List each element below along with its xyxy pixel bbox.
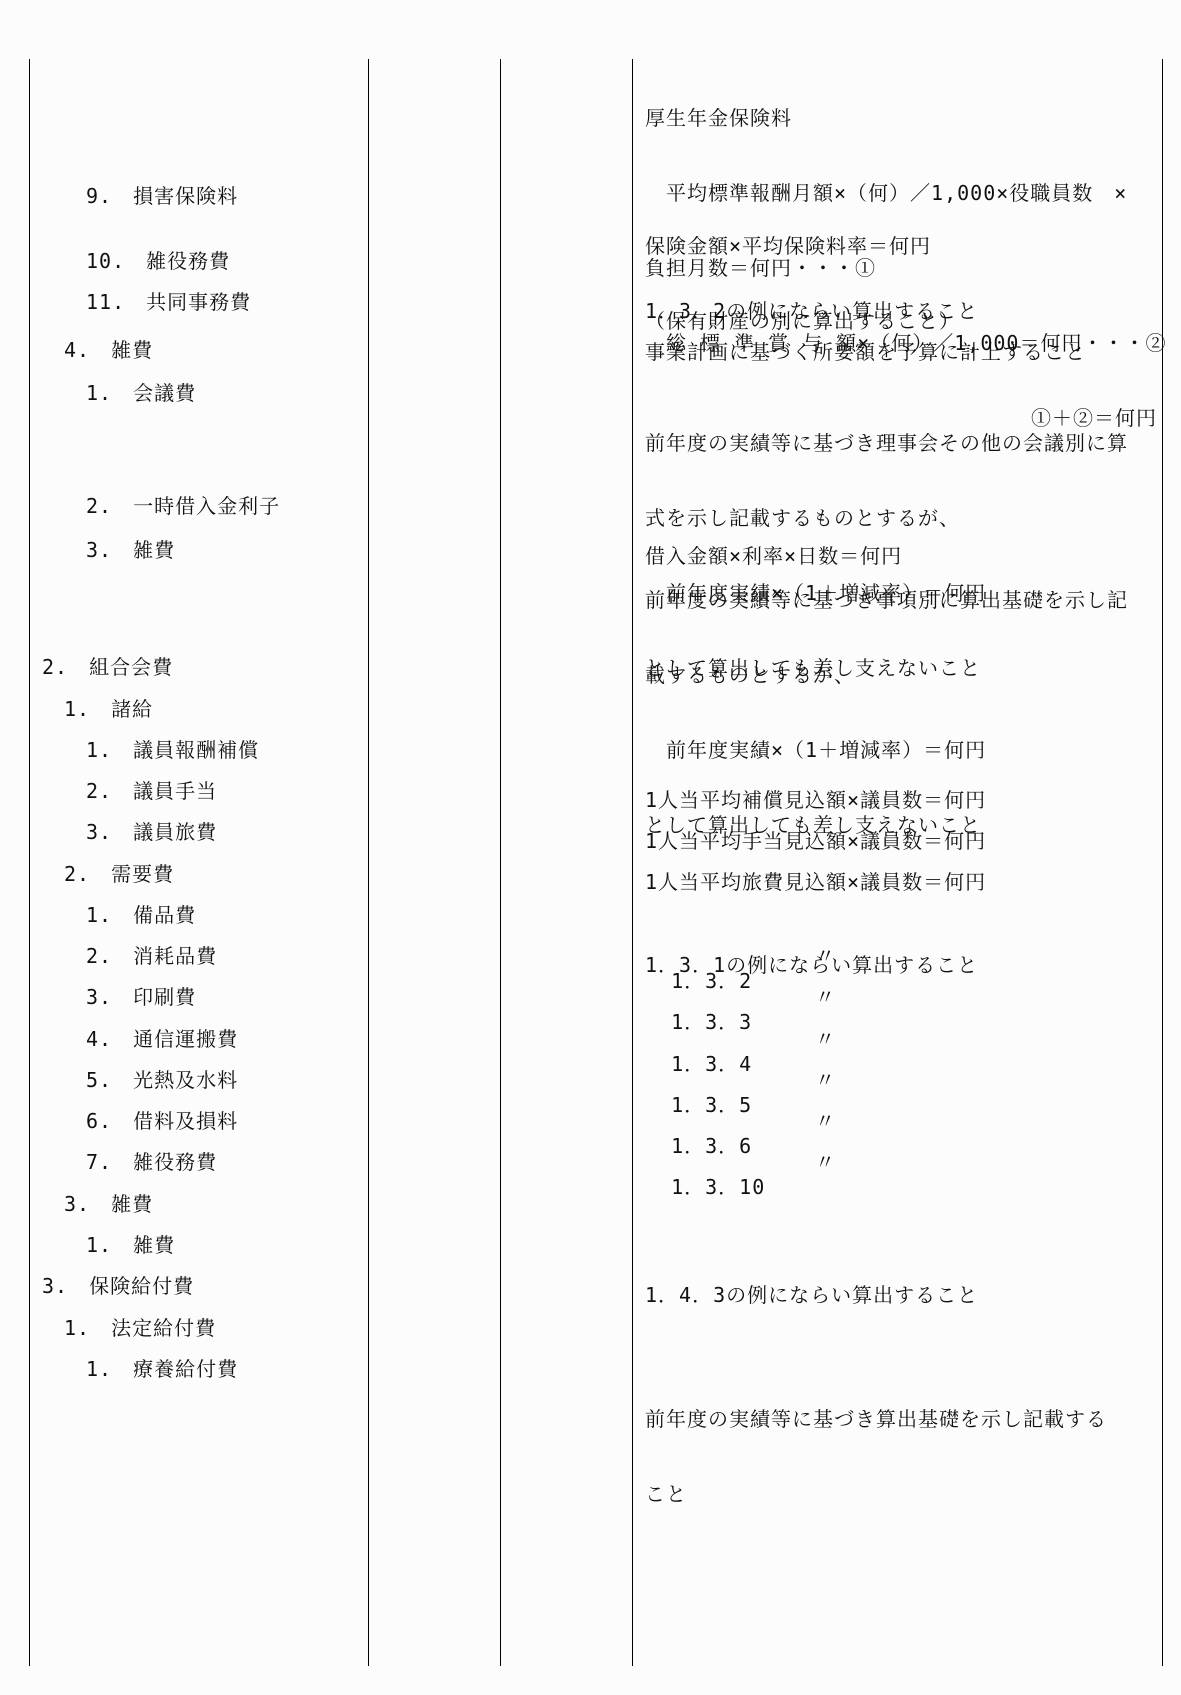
- ditto-mark: 〃: [815, 944, 836, 969]
- desc-line: 1人当平均旅費見込額×議員数＝何円: [645, 870, 1157, 895]
- ditto-mark: 〃: [815, 1068, 836, 1093]
- item-label: 7. 雑役務費: [86, 1150, 217, 1175]
- section-label: 3. 雑費: [64, 1192, 153, 1217]
- ditto-mark: 〃: [815, 1109, 836, 1134]
- desc-line: 前年度の実績等に基づき算出基礎を示し記載する: [645, 1407, 1157, 1432]
- row-description: 1．4．3の例にならい算出すること: [645, 1233, 1157, 1333]
- reference-number: 1．3．10: [671, 1175, 765, 1199]
- ditto-mark: 〃: [815, 985, 836, 1010]
- reference-row: 1．3．10 〃: [645, 1150, 765, 1225]
- item-label: 5. 光熱及水料: [86, 1068, 238, 1093]
- item-label: 11. 共同事務費: [86, 290, 251, 315]
- desc-line: 事業計画に基づく所要額を予算に計上すること: [645, 340, 1157, 365]
- item-label: 10. 雑役務費: [86, 249, 230, 274]
- item-label: 3. 雑費: [86, 538, 175, 563]
- desc-line: 前年度の実績等に基づき理事会その他の会議別に算: [645, 431, 1157, 456]
- item-label: 4. 通信運搬費: [86, 1027, 238, 1052]
- desc-line: こと: [645, 1482, 1157, 1507]
- item-label: 1. 備品費: [86, 903, 196, 928]
- item-label: 2. 一時借入金利子: [86, 494, 280, 519]
- column-divider-2: [500, 59, 501, 1666]
- section-label: 1. 法定給付費: [64, 1316, 216, 1341]
- table-border-right: [1162, 59, 1163, 1666]
- row-description: 事業計画に基づく所要額を予算に計上すること: [645, 290, 1157, 390]
- ditto-mark: 〃: [815, 1150, 836, 1175]
- desc-line: 1．4．3の例にならい算出すること: [645, 1283, 1157, 1308]
- desc-line: 厚生年金保険料: [645, 106, 1157, 131]
- item-label: 1. 療養給付費: [86, 1357, 238, 1382]
- table-border-left: [29, 59, 30, 1666]
- column-divider-3: [632, 59, 633, 1666]
- item-label: 6. 借料及損料: [86, 1109, 238, 1134]
- item-label: 2. 消耗品費: [86, 944, 217, 969]
- column-divider-1: [368, 59, 369, 1666]
- category-label: 3. 保険給付費: [42, 1274, 194, 1299]
- section-label: 1. 諸給: [64, 697, 153, 722]
- row-description: 前年度の実績等に基づき算出基礎を示し記載する こと: [645, 1357, 1157, 1532]
- category-label: 2. 組合会費: [42, 655, 173, 680]
- desc-line: 前年度の実績等に基づき事項別に算出基礎を示し記: [645, 588, 1157, 613]
- item-label: 2. 議員手当: [86, 779, 217, 804]
- ditto-mark: 〃: [815, 1027, 836, 1052]
- item-label: 3. 議員旅費: [86, 820, 217, 845]
- section-label: 2. 需要費: [64, 862, 174, 887]
- item-label: 9. 損害保険料: [86, 184, 238, 209]
- item-label: 1. 会議費: [86, 381, 196, 406]
- item-label: 3. 印刷費: [86, 985, 196, 1010]
- item-label: 1. 雑費: [86, 1233, 175, 1258]
- item-label: 1. 議員報酬補償: [86, 738, 259, 763]
- desc-line: 載するものとするが、: [645, 663, 1157, 688]
- section-label: 4. 雑費: [64, 338, 153, 363]
